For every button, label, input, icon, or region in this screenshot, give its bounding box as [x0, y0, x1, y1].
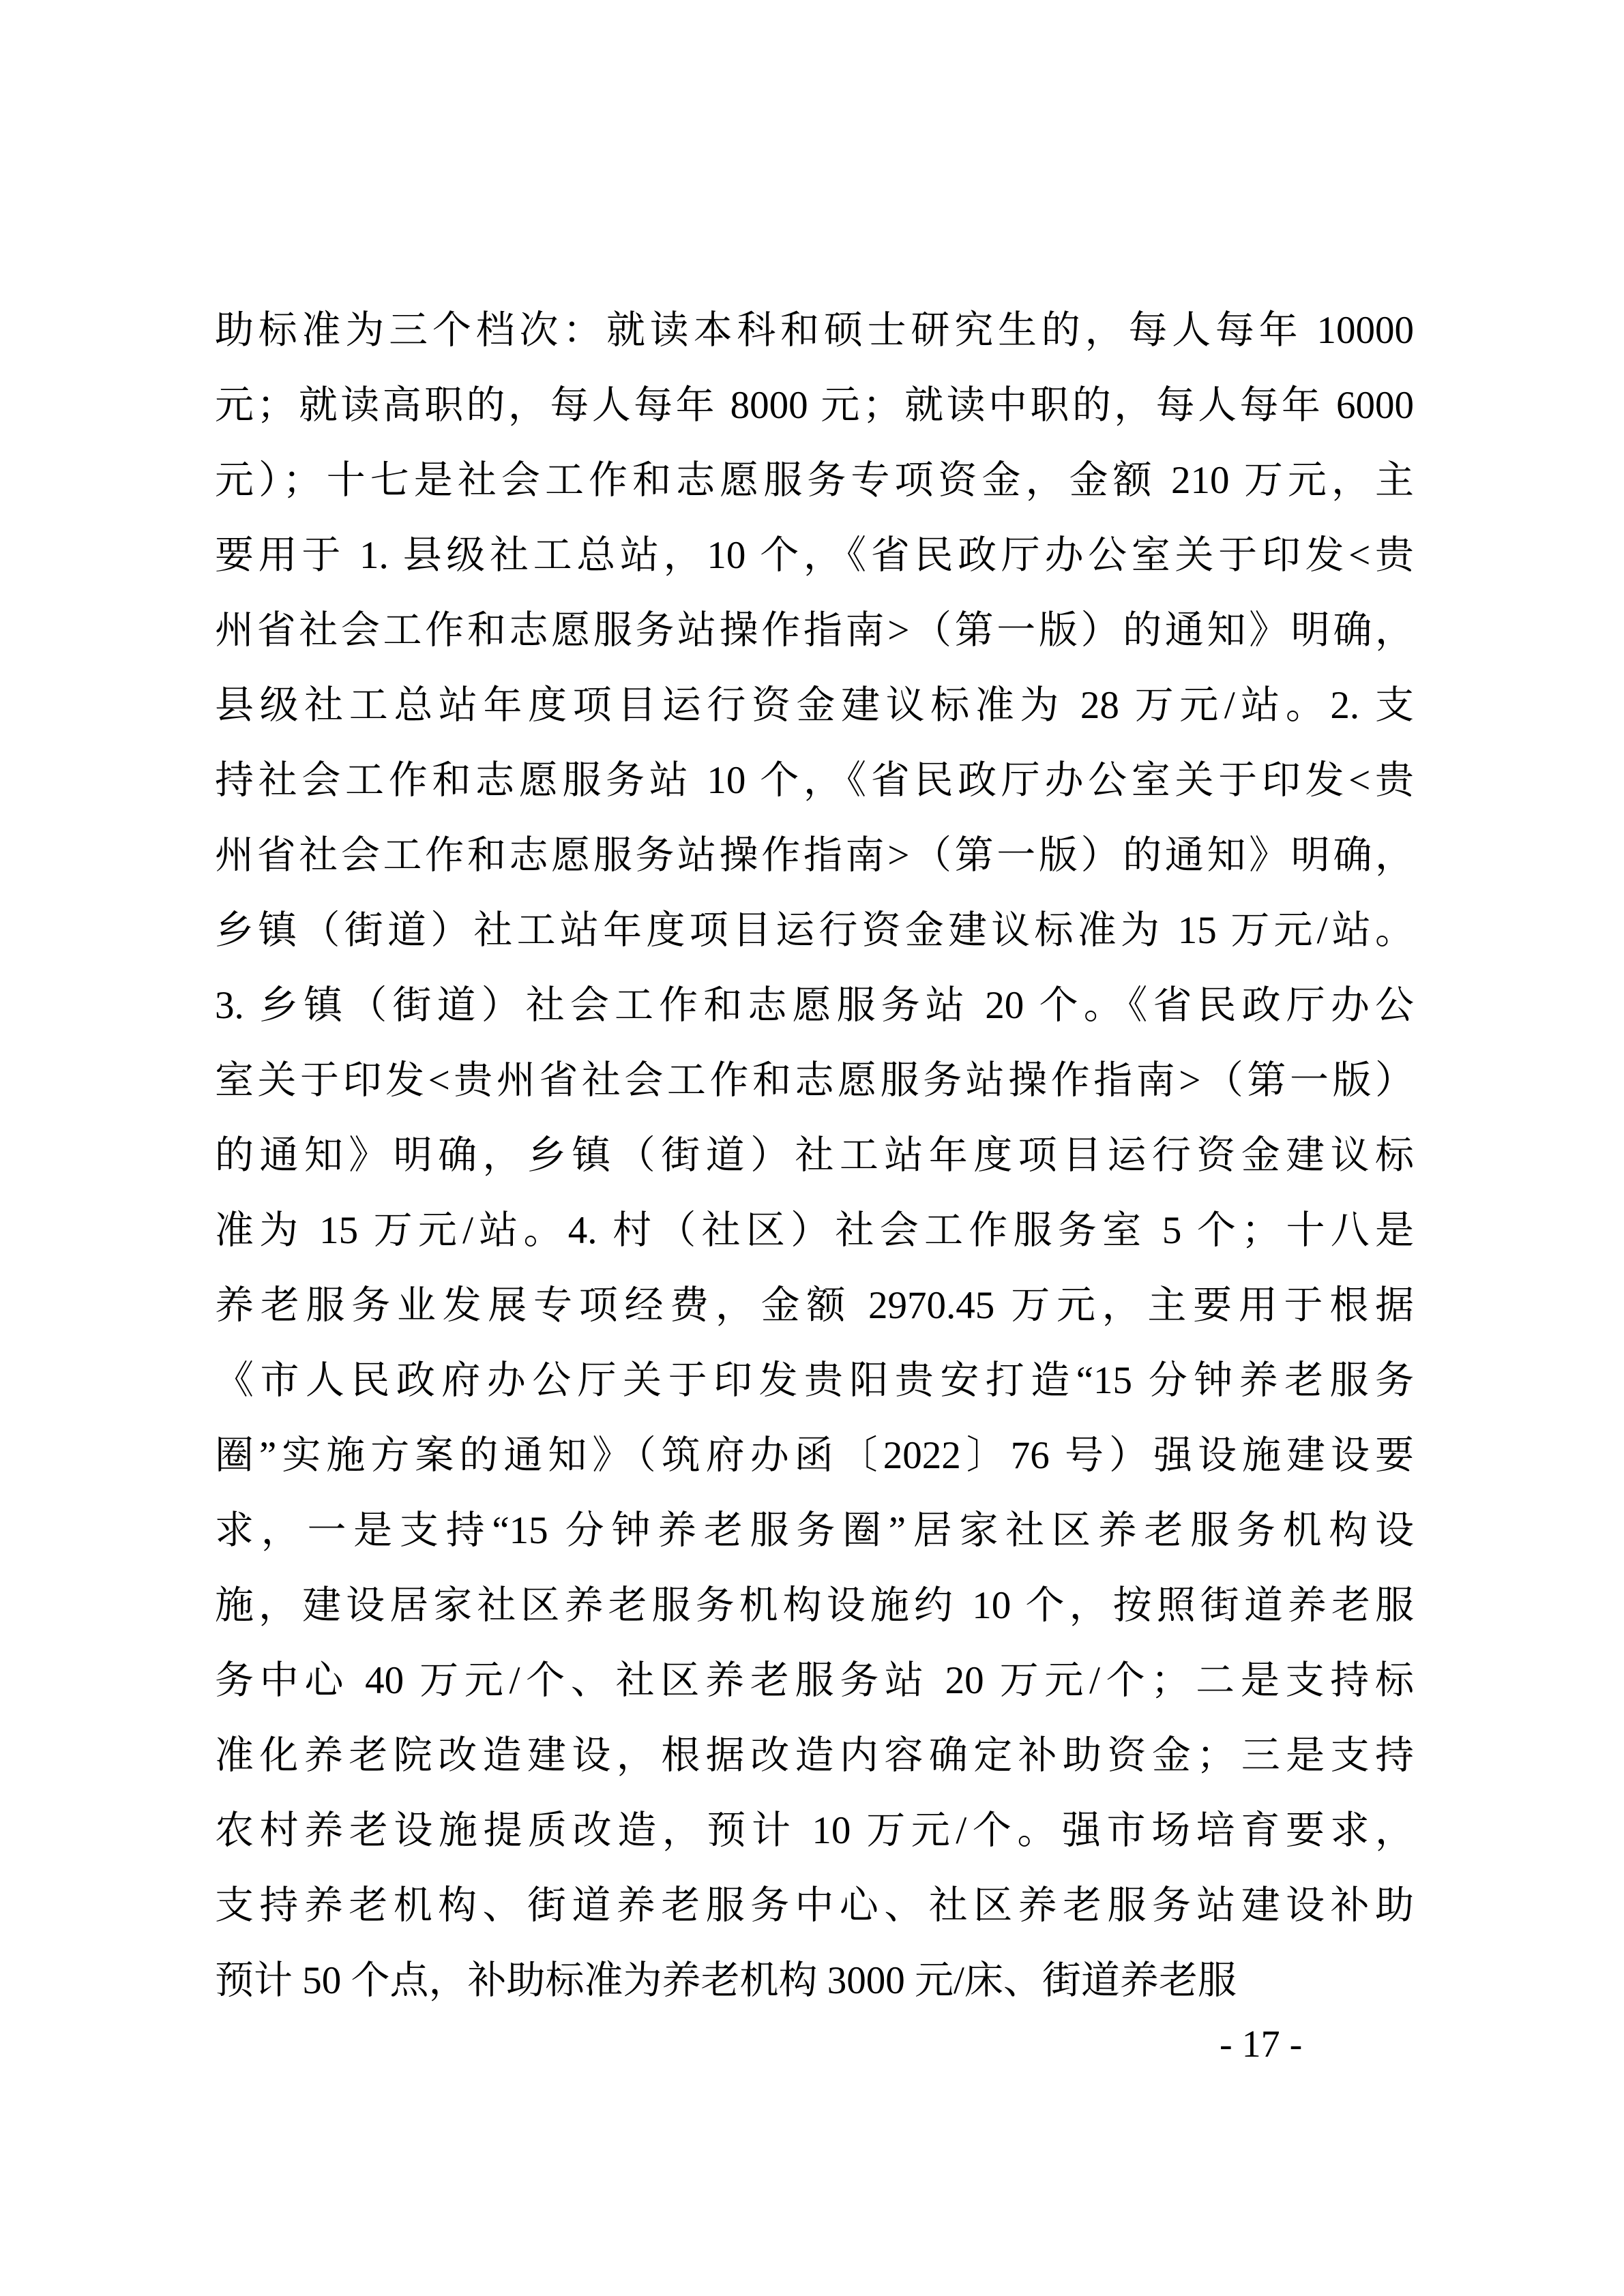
body-line: 要用于 1. 县级社工总站，10 个，《省民政厅办公室关于印发<贵 — [215, 518, 1414, 593]
body-line: 县级社工总站年度项目运行资金建议标准为 28 万元/站。2. 支 — [215, 668, 1414, 743]
body-line: 元）；十七是社会工作和志愿服务专项资金，金额 210 万元，主 — [215, 443, 1414, 518]
body-line: 的通知》明确，乡镇（街道）社工站年度项目运行资金建议标 — [215, 1118, 1414, 1193]
body-line: 求，一是支持“15 分钟养老服务圈”居家社区养老服务机构设 — [215, 1493, 1414, 1568]
body-line: 持社会工作和志愿服务站 10 个，《省民政厅办公室关于印发<贵 — [215, 743, 1414, 818]
body-line: 州省社会工作和志愿服务站操作指南>（第一版）的通知》明确， — [215, 818, 1414, 893]
body-line: 3. 乡镇（街道）社会工作和志愿服务站 20 个。《省民政厅办公 — [215, 968, 1414, 1043]
body-line: 准化养老院改造建设，根据改造内容确定补助资金；三是支持 — [215, 1718, 1414, 1793]
body-line: 助标准为三个档次：就读本科和硕士研究生的，每人每年 10000 — [215, 293, 1414, 368]
body-text-block: 助标准为三个档次：就读本科和硕士研究生的，每人每年 10000 元；就读高职的，… — [215, 293, 1414, 2018]
body-line: 施，建设居家社区养老服务机构设施约 10 个，按照街道养老服 — [215, 1568, 1414, 1643]
body-line: 养老服务业发展专项经费，金额 2970.45 万元，主要用于根据 — [215, 1268, 1414, 1343]
body-line: 乡镇（街道）社工站年度项目运行资金建议标准为 15 万元/站。 — [215, 893, 1414, 968]
body-line: 室关于印发<贵州省社会工作和志愿服务站操作指南>（第一版） — [215, 1043, 1414, 1118]
body-line: 元；就读高职的，每人每年 8000 元；就读中职的，每人每年 6000 — [215, 368, 1414, 443]
body-line: 务中心 40 万元/个、社区养老服务站 20 万元/个；二是支持标 — [215, 1643, 1414, 1718]
body-line: 农村养老设施提质改造，预计 10 万元/个。强市场培育要求， — [215, 1793, 1414, 1868]
page-number: - 17 - — [1220, 2019, 1302, 2070]
body-line: 《市人民政府办公厅关于印发贵阳贵安打造“15 分钟养老服务 — [215, 1343, 1414, 1418]
body-line: 圈”实施方案的通知》（筑府办函〔2022〕76 号）强设施建设要 — [215, 1418, 1414, 1493]
body-line: 支持养老机构、街道养老服务中心、社区养老服务站建设补助 — [215, 1868, 1414, 1943]
body-line: 预计 50 个点，补助标准为养老机构 3000 元/床、街道养老服 — [215, 1943, 1414, 2018]
document-page: 助标准为三个档次：就读本科和硕士研究生的，每人每年 10000 元；就读高职的，… — [0, 0, 1624, 2296]
body-line: 州省社会工作和志愿服务站操作指南>（第一版）的通知》明确， — [215, 593, 1414, 668]
body-line: 准为 15 万元/站。4. 村（社区）社会工作服务室 5 个；十八是 — [215, 1193, 1414, 1268]
